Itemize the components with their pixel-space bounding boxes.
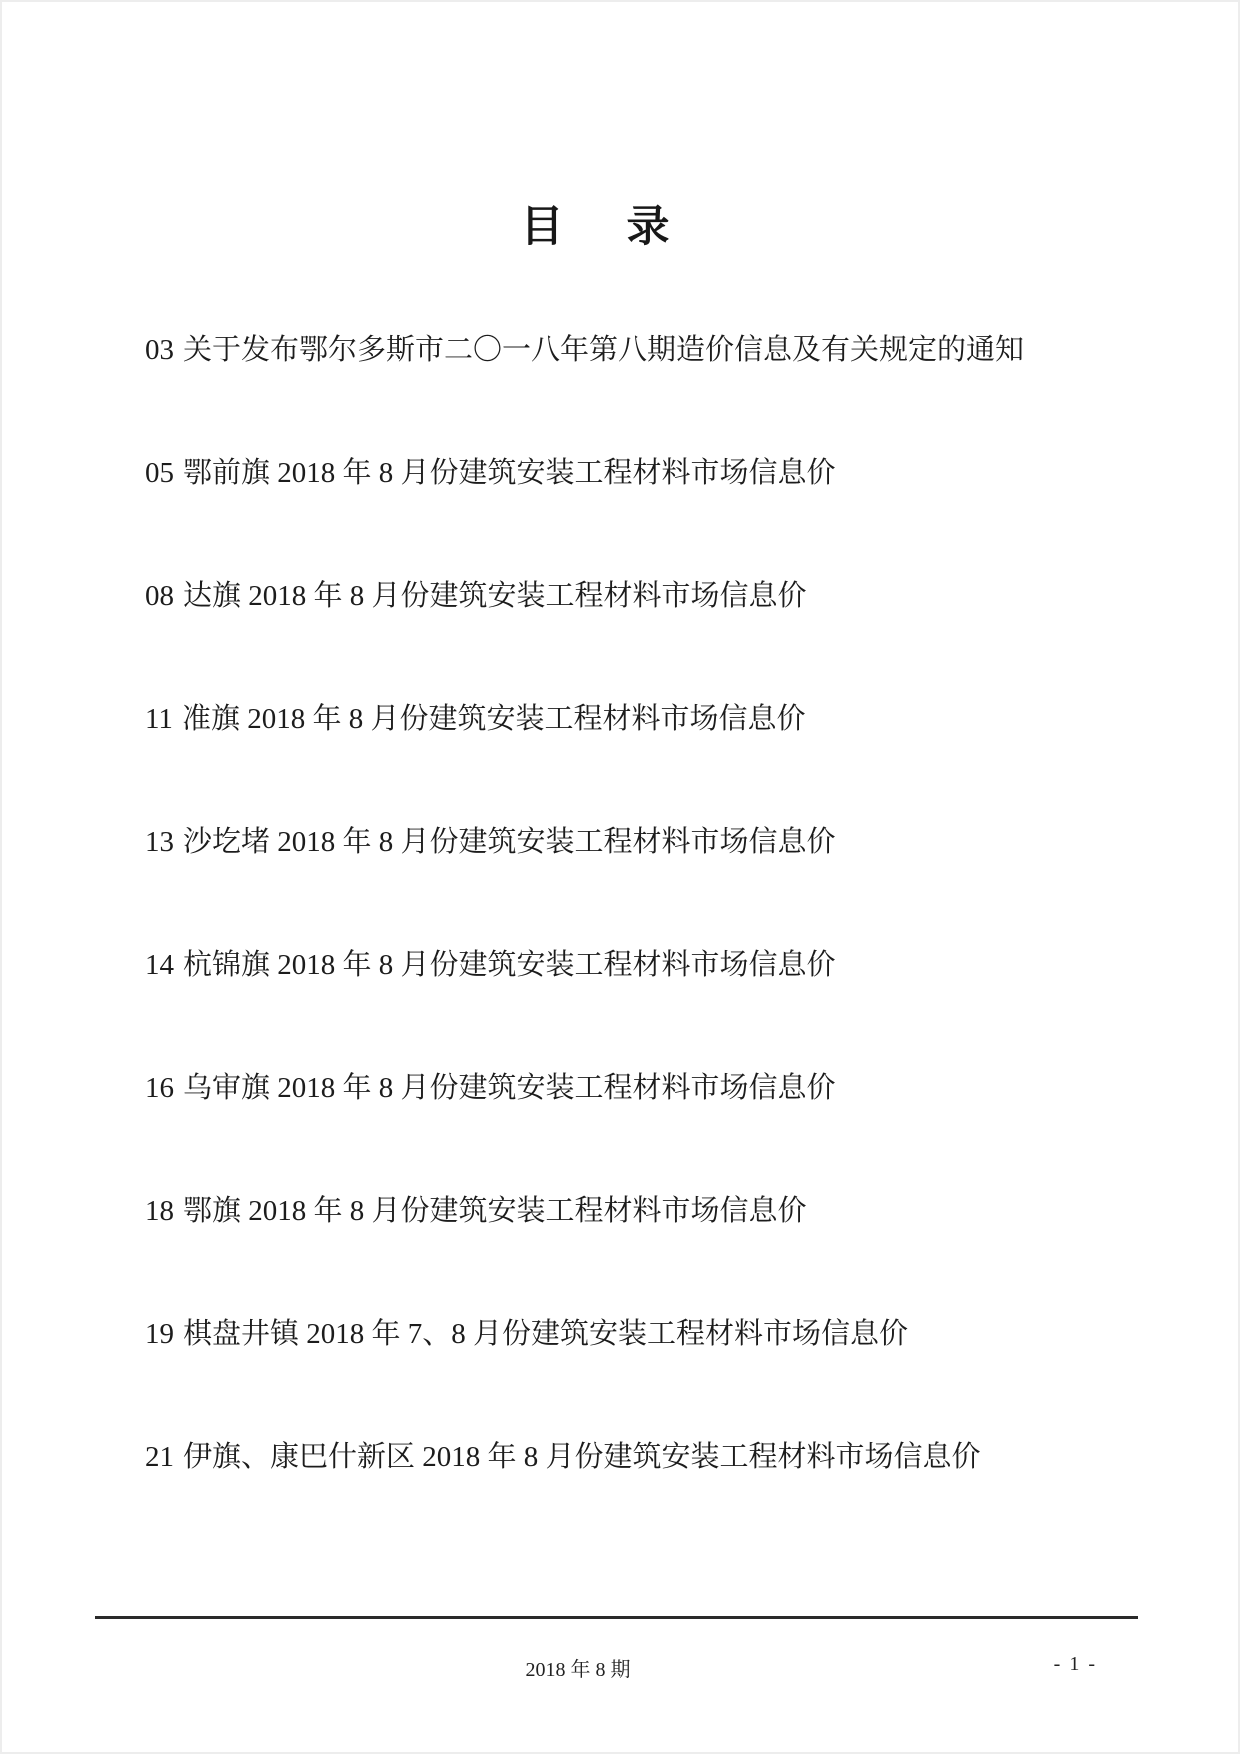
toc-entry: 03关于发布鄂尔多斯市二〇一八年第八期造价信息及有关规定的通知 xyxy=(145,330,1180,370)
footer-divider xyxy=(95,1616,1138,1619)
toc-entry-title: 伊旗、康巴什新区 2018 年 8 月份建筑安装工程材料市场信息价 xyxy=(183,1441,981,1473)
toc-entry: 16乌审旗 2018 年 8 月份建筑安装工程材料市场信息价 xyxy=(145,1068,1180,1108)
toc-entry: 14杭锦旗 2018 年 8 月份建筑安装工程材料市场信息价 xyxy=(145,945,1180,985)
toc-entry-title: 达旗 2018 年 8 月份建筑安装工程材料市场信息价 xyxy=(183,580,807,612)
footer-issue-label: 2018 年 8 期 xyxy=(0,1653,1156,1682)
toc-entry-title: 乌审旗 2018 年 8 月份建筑安装工程材料市场信息价 xyxy=(183,1072,836,1104)
page-title: 目 录 xyxy=(0,193,1200,254)
toc-entry-page-number: 18 xyxy=(145,1195,174,1227)
toc-entry: 19棋盘井镇 2018 年 7、8 月份建筑安装工程材料市场信息价 xyxy=(145,1314,1180,1354)
footer-page-number: - 1 - xyxy=(1054,1653,1097,1676)
toc-entry: 05鄂前旗 2018 年 8 月份建筑安装工程材料市场信息价 xyxy=(145,453,1180,493)
toc-entry-page-number: 14 xyxy=(145,949,174,981)
toc-entry-page-number: 03 xyxy=(145,334,174,366)
toc-entry: 18鄂旗 2018 年 8 月份建筑安装工程材料市场信息价 xyxy=(145,1191,1180,1231)
toc-entry-page-number: 13 xyxy=(145,826,174,858)
toc-entry-page-number: 19 xyxy=(145,1318,174,1350)
toc-entry-title: 沙圪堵 2018 年 8 月份建筑安装工程材料市场信息价 xyxy=(183,826,836,858)
toc-entry-page-number: 05 xyxy=(145,457,174,489)
toc-entry-title: 鄂前旗 2018 年 8 月份建筑安装工程材料市场信息价 xyxy=(183,457,836,489)
toc-entry: 11准旗 2018 年 8 月份建筑安装工程材料市场信息价 xyxy=(145,699,1180,739)
toc-list: 03关于发布鄂尔多斯市二〇一八年第八期造价信息及有关规定的通知 05鄂前旗 20… xyxy=(145,330,1180,1560)
toc-entry-title: 棋盘井镇 2018 年 7、8 月份建筑安装工程材料市场信息价 xyxy=(183,1318,908,1350)
toc-entry: 08达旗 2018 年 8 月份建筑安装工程材料市场信息价 xyxy=(145,576,1180,616)
toc-entry-page-number: 11 xyxy=(145,703,173,735)
toc-entry-title: 杭锦旗 2018 年 8 月份建筑安装工程材料市场信息价 xyxy=(183,949,836,981)
toc-entry-page-number: 16 xyxy=(145,1072,174,1104)
document-page: 目 录 03关于发布鄂尔多斯市二〇一八年第八期造价信息及有关规定的通知 05鄂前… xyxy=(0,0,1240,1754)
toc-entry-page-number: 21 xyxy=(145,1441,174,1473)
toc-entry-title: 准旗 2018 年 8 月份建筑安装工程材料市场信息价 xyxy=(182,703,806,735)
toc-entry-title: 关于发布鄂尔多斯市二〇一八年第八期造价信息及有关规定的通知 xyxy=(183,334,1024,366)
toc-entry: 21伊旗、康巴什新区 2018 年 8 月份建筑安装工程材料市场信息价 xyxy=(145,1437,1180,1477)
toc-entry: 13沙圪堵 2018 年 8 月份建筑安装工程材料市场信息价 xyxy=(145,822,1180,862)
toc-entry-title: 鄂旗 2018 年 8 月份建筑安装工程材料市场信息价 xyxy=(183,1195,807,1227)
toc-entry-page-number: 08 xyxy=(145,580,174,612)
